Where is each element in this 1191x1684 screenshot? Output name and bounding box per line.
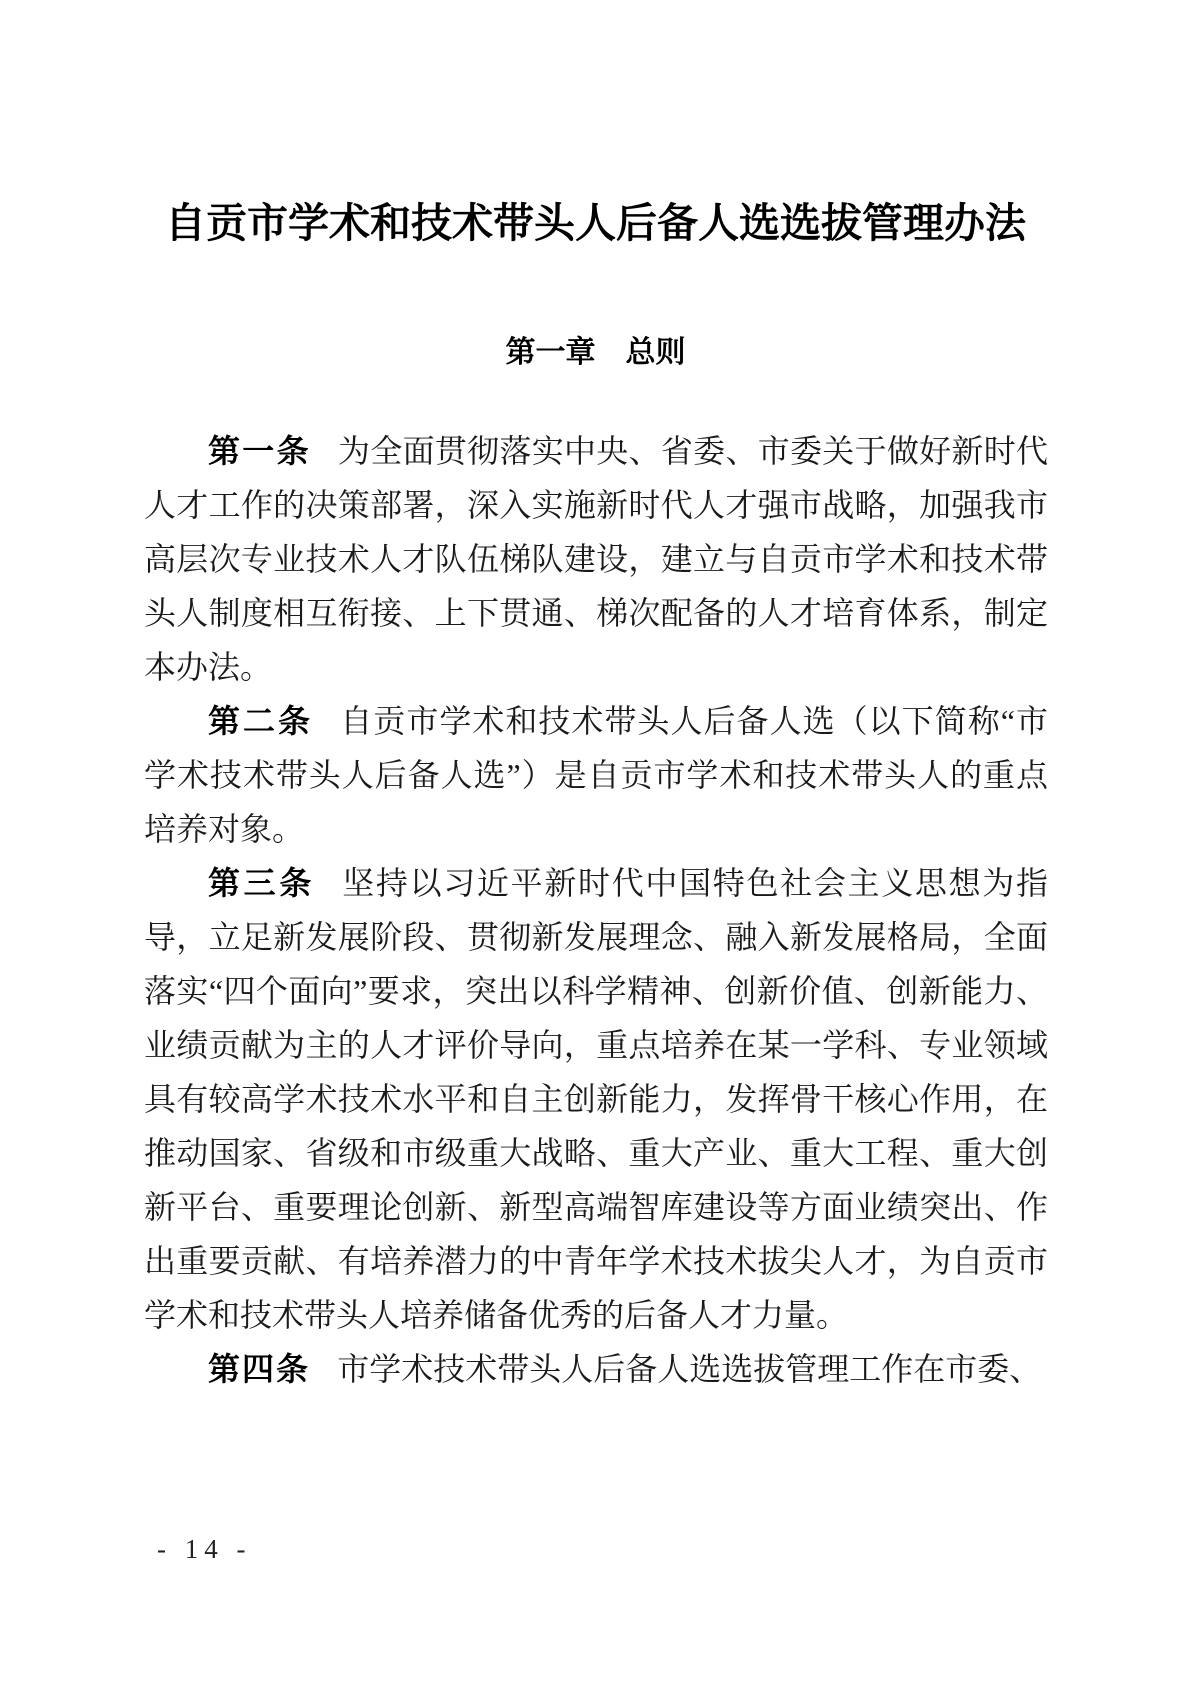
paragraph-article-4: 第四条市学术技术带头人后备人选选拔管理工作在市委、	[144, 1342, 1048, 1396]
article-1-text: 为全面贯彻落实中央、省委、市委关于做好新时代人才工作的决策部署，深入实施新时代人…	[144, 433, 1048, 685]
document-title: 自贡市学术和技术带头人后备人选选拔管理办法	[0, 190, 1191, 249]
paragraph-article-1: 第一条为全面贯彻落实中央、省委、市委关于做好新时代人才工作的决策部署，深入实施新…	[144, 424, 1048, 694]
document-body: 第一条为全面贯彻落实中央、省委、市委关于做好新时代人才工作的决策部署，深入实施新…	[144, 424, 1048, 1396]
article-2-label: 第二条	[208, 703, 313, 739]
article-1-label: 第一条	[208, 433, 311, 469]
page-number: - 14 -	[157, 1534, 251, 1565]
document-page: 自贡市学术和技术带头人后备人选选拔管理办法 第一章 总则 第一条为全面贯彻落实中…	[0, 0, 1191, 1684]
paragraph-article-2: 第二条自贡市学术和技术带头人后备人选（以下简称“市学术技术带头人后备人选”）是自…	[144, 694, 1048, 856]
article-3-label: 第三条	[208, 865, 315, 901]
article-3-text: 坚持以习近平新时代中国特色社会主义思想为指导，立足新发展阶段、贯彻新发展理念、融…	[144, 865, 1048, 1333]
article-4-text: 市学术技术带头人后备人选选拔管理工作在市委、	[337, 1351, 1041, 1387]
article-4-label: 第四条	[208, 1351, 310, 1387]
paragraph-article-3: 第三条坚持以习近平新时代中国特色社会主义思想为指导，立足新发展阶段、贯彻新发展理…	[144, 856, 1048, 1342]
chapter-1-heading: 第一章 总则	[0, 327, 1191, 371]
